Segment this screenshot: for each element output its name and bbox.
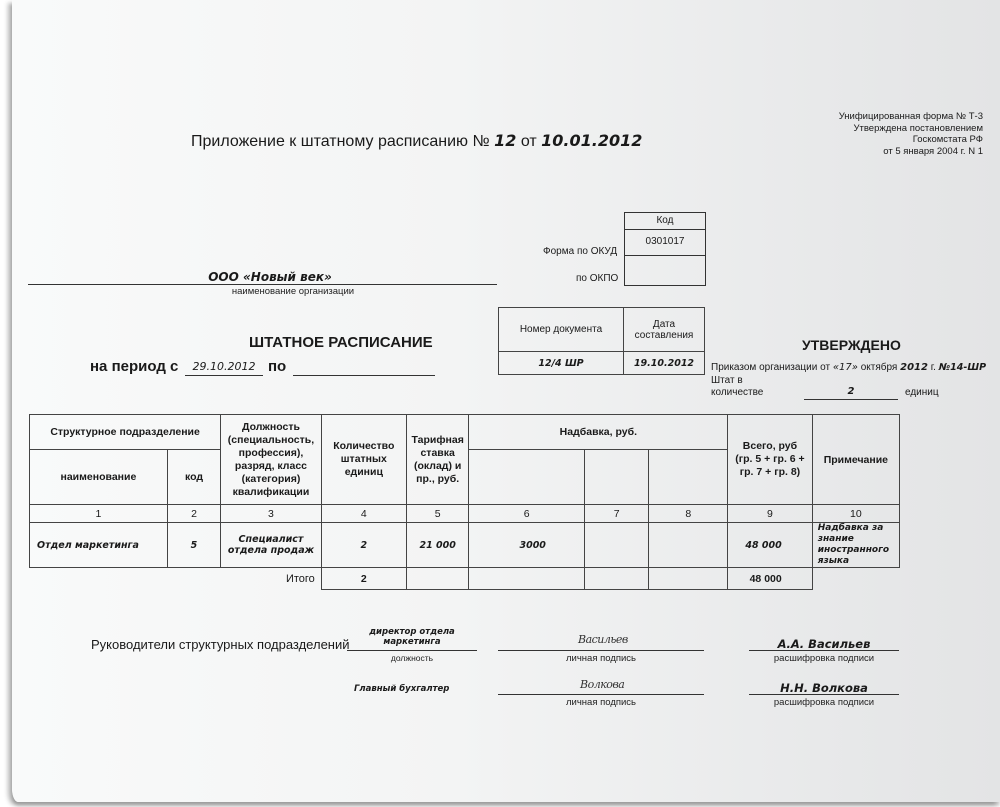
period-from-underline bbox=[185, 375, 263, 376]
header-bonus: Надбавка, руб. bbox=[469, 415, 728, 450]
header-note: Примечание bbox=[812, 415, 899, 505]
position-caption: должность bbox=[347, 653, 477, 663]
head-signature-caption: личная подпись bbox=[498, 653, 704, 664]
period-to-label: по bbox=[268, 358, 286, 375]
totals-bonus-2 bbox=[584, 568, 649, 590]
header-name: наименование bbox=[30, 450, 168, 505]
header-code: код bbox=[167, 450, 220, 505]
document-number-box: Номер документа Дата составления 12/4 ШР… bbox=[498, 307, 705, 375]
period-to-field bbox=[293, 375, 435, 376]
form-header: Унифицированная форма № Т-3 Утверждена п… bbox=[839, 111, 983, 157]
cell-total: 48 000 bbox=[728, 523, 813, 568]
column-number: 10 bbox=[812, 505, 899, 523]
codes-header: Код bbox=[625, 213, 705, 230]
organization-underline bbox=[28, 284, 497, 285]
header-rate: Тарифная ставка (оклад) и пр., руб. bbox=[406, 415, 469, 505]
cell-count: 2 bbox=[321, 523, 406, 568]
okpo-label: по ОКПО bbox=[576, 273, 618, 284]
form-header-line: от 5 января 2004 г. N 1 bbox=[839, 146, 983, 158]
totals-label: Итого bbox=[30, 568, 322, 590]
title-from: от bbox=[521, 133, 537, 150]
head-signature: Васильев bbox=[578, 633, 628, 646]
accountant-name-underline bbox=[749, 694, 899, 695]
approved-order: Приказом организации от «17» октября 201… bbox=[711, 362, 986, 373]
order-day: «17» bbox=[833, 362, 858, 373]
staffing-table: Структурное подразделение Должность (спе… bbox=[29, 414, 900, 590]
accountant-label: Главный бухгалтер bbox=[354, 684, 449, 694]
totals-rate bbox=[406, 568, 469, 590]
column-number: 3 bbox=[221, 505, 322, 523]
title-prefix: Приложение к штатному расписанию № bbox=[191, 133, 490, 150]
cell-bonus-3 bbox=[649, 523, 728, 568]
page-title: Приложение к штатному расписанию № 12 от… bbox=[191, 131, 642, 151]
accountant-name: Н.Н. Волкова bbox=[749, 681, 899, 695]
head-signature-underline bbox=[498, 650, 704, 651]
column-number: 8 bbox=[649, 505, 728, 523]
heads-label: Руководители структурных подразделений bbox=[91, 637, 350, 652]
head-name-caption: расшифровка подписи bbox=[749, 653, 899, 664]
column-number: 4 bbox=[321, 505, 406, 523]
header-count: Количество штатных единиц bbox=[321, 415, 406, 505]
order-month: октября bbox=[861, 362, 898, 373]
totals-bonus-3 bbox=[649, 568, 728, 590]
codes-box: Код 0301017 bbox=[624, 212, 706, 286]
staff-label-1: Штат в bbox=[711, 375, 743, 386]
cell-rate: 21 000 bbox=[406, 523, 469, 568]
table-row: Отдел маркетинга 5 Специалист отдела про… bbox=[30, 523, 900, 568]
staff-count: 2 bbox=[804, 386, 898, 397]
header-division: Структурное подразделение bbox=[30, 415, 221, 450]
totals-row: Итого 2 48 000 bbox=[30, 568, 900, 590]
accountant-signature-underline bbox=[498, 694, 704, 695]
doc-date-value: 19.10.2012 bbox=[624, 352, 705, 375]
order-year: 2012 bbox=[900, 362, 928, 373]
column-number: 5 bbox=[406, 505, 469, 523]
organization-caption: наименование организации bbox=[28, 286, 558, 297]
staff-count-underline bbox=[804, 399, 898, 400]
period-from-value: 29.10.2012 bbox=[186, 360, 262, 373]
doc-date-header: Дата составления bbox=[624, 308, 705, 352]
head-name-underline bbox=[749, 650, 899, 651]
column-number: 1 bbox=[30, 505, 168, 523]
staff-label-2: количестве bbox=[711, 387, 763, 398]
totals-count: 2 bbox=[321, 568, 406, 590]
cell-bonus-1: 3000 bbox=[469, 523, 584, 568]
okpo-value bbox=[625, 256, 705, 284]
period-label: на период с bbox=[90, 358, 178, 375]
header-total: Всего, руб (гр. 5 + гр. 6 + гр. 7 + гр. … bbox=[728, 415, 813, 505]
column-number: 6 bbox=[469, 505, 584, 523]
column-number: 2 bbox=[167, 505, 220, 523]
schedule-title: ШТАТНОЕ РАСПИСАНИЕ bbox=[249, 334, 433, 351]
okud-value: 0301017 bbox=[625, 230, 705, 256]
organization-name: ООО «Новый век» bbox=[0, 270, 540, 284]
order-year-suffix: г. bbox=[931, 362, 936, 373]
doc-number-header: Номер документа bbox=[499, 308, 624, 352]
head-name: А.А. Васильев bbox=[749, 637, 899, 651]
accountant-name-caption: расшифровка подписи bbox=[749, 697, 899, 708]
column-numbers-row: 1 2 3 4 5 6 7 8 9 10 bbox=[30, 505, 900, 523]
cell-code: 5 bbox=[167, 523, 220, 568]
cell-bonus-2 bbox=[584, 523, 649, 568]
totals-bonus-1 bbox=[469, 568, 584, 590]
okud-label: Форма по ОКУД bbox=[543, 246, 617, 257]
column-number: 9 bbox=[728, 505, 813, 523]
order-number: №14-ШР bbox=[939, 362, 986, 373]
form-header-line: Госкомстата РФ bbox=[839, 134, 983, 146]
header-position: Должность (специальность, профессия), ра… bbox=[221, 415, 322, 505]
totals-total: 48 000 bbox=[728, 568, 813, 590]
header-bonus-1 bbox=[469, 450, 584, 505]
form-header-line: Унифицированная форма № Т-3 bbox=[839, 111, 983, 123]
doc-number-value: 12/4 ШР bbox=[499, 352, 624, 375]
title-number: 12 bbox=[494, 131, 516, 150]
position-underline bbox=[347, 650, 477, 651]
accountant-signature: Волкова bbox=[580, 678, 624, 691]
accountant-signature-caption: личная подпись bbox=[498, 697, 704, 708]
cell-name: Отдел маркетинга bbox=[30, 523, 168, 568]
header-bonus-2 bbox=[584, 450, 649, 505]
staff-units: единиц bbox=[905, 387, 939, 398]
approved-title: УТВЕРЖДЕНО bbox=[802, 337, 901, 353]
cell-position: Специалист отдела продаж bbox=[221, 523, 322, 568]
form-header-line: Утверждена постановлением bbox=[839, 123, 983, 135]
cell-note: Надбавка за знание иностранного языка bbox=[812, 523, 899, 568]
order-prefix: Приказом организации от bbox=[711, 362, 830, 373]
header-bonus-3 bbox=[649, 450, 728, 505]
totals-note-empty bbox=[812, 568, 899, 590]
column-number: 7 bbox=[584, 505, 649, 523]
head-position: директор отдела маркетинга bbox=[362, 627, 462, 647]
title-date: 10.01.2012 bbox=[541, 131, 642, 150]
